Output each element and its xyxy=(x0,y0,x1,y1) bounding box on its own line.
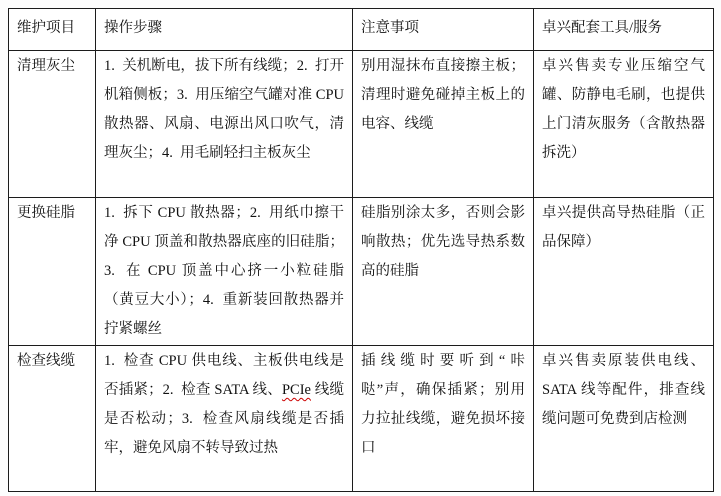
cell-notes: 硅脂别涂太多，否则会影响散热；优先选导热系数高的硅脂 xyxy=(353,198,534,346)
maintenance-table: 维护项目 操作步骤 注意事项 卓兴配套工具/服务 清理灰尘 1. 关机断电，拔下… xyxy=(8,8,714,492)
column-header-maintenance-item: 维护项目 xyxy=(9,9,96,51)
cell-steps: 1. 关机断电，拔下所有线缆；2. 打开机箱侧板；3. 用压缩空气罐对准 CPU… xyxy=(96,51,353,198)
cell-notes: 别用湿抹布直接擦主板；清理时避免碰掉主板上的电容、线缆 xyxy=(353,51,534,198)
document-page: 维护项目 操作步骤 注意事项 卓兴配套工具/服务 清理灰尘 1. 关机断电，拔下… xyxy=(8,8,714,492)
column-header-services: 卓兴配套工具/服务 xyxy=(534,9,714,51)
cell-maintenance-item: 检查线缆 xyxy=(9,346,96,492)
table-row-clean-dust: 清理灰尘 1. 关机断电，拔下所有线缆；2. 打开机箱侧板；3. 用压缩空气罐对… xyxy=(9,51,714,198)
header-row: 维护项目 操作步骤 注意事项 卓兴配套工具/服务 xyxy=(9,9,714,51)
cell-steps: 1. 检查 CPU 供电线、主板供电线是否插紧；2. 检查 SATA 线、PCI… xyxy=(96,346,353,492)
column-header-steps: 操作步骤 xyxy=(96,9,353,51)
cell-maintenance-item: 更换硅脂 xyxy=(9,198,96,346)
cell-maintenance-item: 清理灰尘 xyxy=(9,51,96,198)
spellcheck-underlined-word: PCIe xyxy=(282,382,311,398)
cell-services: 卓兴提供高导热硅脂（正品保障） xyxy=(534,198,714,346)
table-row-replace-thermal-paste: 更换硅脂 1. 拆下 CPU 散热器；2. 用纸巾擦干净 CPU 顶盖和散热器底… xyxy=(9,198,714,346)
cell-services: 卓兴售卖原装供电线、SATA 线等配件，排查线缆问题可免费到店检测 xyxy=(534,346,714,492)
cell-notes: 插线缆时要听到“咔哒”声，确保插紧；别用力拉扯线缆，避免损坏接口 xyxy=(353,346,534,492)
cell-steps: 1. 拆下 CPU 散热器；2. 用纸巾擦干净 CPU 顶盖和散热器底座的旧硅脂… xyxy=(96,198,353,346)
column-header-notes: 注意事项 xyxy=(353,9,534,51)
cell-services: 卓兴售卖专业压缩空气罐、防静电毛刷，也提供上门清灰服务（含散热器拆洗） xyxy=(534,51,714,198)
table-row-check-cables: 检查线缆 1. 检查 CPU 供电线、主板供电线是否插紧；2. 检查 SATA … xyxy=(9,346,714,492)
